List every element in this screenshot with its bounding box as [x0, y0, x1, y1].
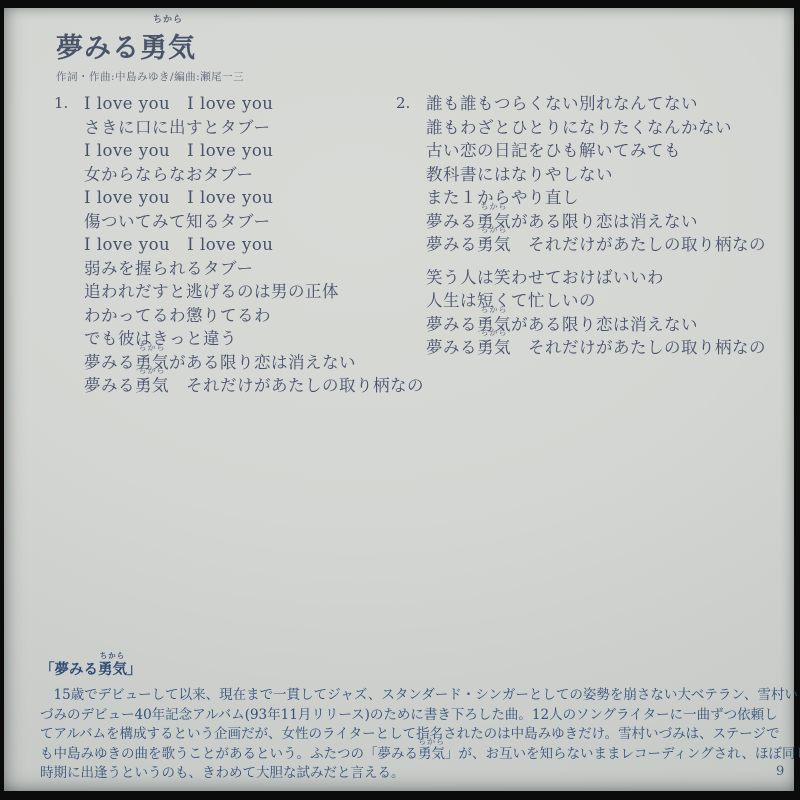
text-line: 弱みを握られるタブー	[84, 257, 424, 281]
furigana-text: ちから	[418, 738, 445, 746]
verse-2-number: 2.	[396, 92, 426, 360]
text-line: 夢みる勇気ちから それだけがあたしの取り柄なの	[84, 374, 424, 398]
song-title: 夢みる勇気ちから	[56, 26, 244, 65]
liner-notes-heading: 「夢みる勇気ちから」	[40, 658, 766, 682]
text-line: 誰もわざとひとりになりたくなんかない	[426, 116, 766, 140]
credits-line: 作詞・作曲:中島みゆき/編曲:瀬尾一三	[56, 69, 244, 84]
text-line: I love you I love you	[84, 186, 424, 210]
verse-1: 1. I love you I love youさきに口に出すとタブーI lov…	[54, 92, 424, 398]
scanned-booklet-page: 夢みる勇気ちから 作詞・作曲:中島みゆき/編曲:瀬尾一三 1. I love y…	[4, 8, 794, 791]
furigana-text: ちから	[477, 203, 511, 211]
text-line: 時期に出逢うというのも、きわめて大胆な試みだと言える。	[40, 764, 766, 784]
text-line: I love you I love you	[84, 139, 424, 163]
ruby-base: 勇気ちから	[135, 374, 169, 398]
furigana-text: ちから	[477, 226, 511, 234]
furigana-text: ちから	[140, 16, 196, 24]
verse-1-lines: I love you I love youさきに口に出すとタブーI love y…	[84, 92, 424, 398]
furigana-text: ちから	[135, 367, 169, 375]
text-line: 追われだすと逃げるのは男の正体	[84, 280, 424, 304]
text-line: I love you I love you	[84, 233, 424, 257]
ruby-base: 勇気ちから	[477, 233, 511, 257]
text-line: 夢みる勇気ちから それだけがあたしの取り柄なの	[426, 336, 766, 360]
text-line: 誰も誰もつらくない別れなんてない	[426, 92, 766, 116]
text-line: 夢みる勇気ちから それだけがあたしの取り柄なの	[426, 233, 766, 257]
text-line: わかってるわ懲りてるわ	[84, 304, 424, 328]
text-line: づみのデビュー40年記念アルバム(93年11月リリース)のために書き下ろした曲。…	[40, 706, 766, 726]
furigana-text: ちから	[98, 652, 127, 660]
text-line: も中島みゆきの曲を歌うことがあるという。ふたつの「夢みる勇気ちから」が、お互いを…	[40, 745, 766, 765]
furigana-text: ちから	[477, 306, 511, 314]
text-line: 教科書にはなりやしない	[426, 163, 766, 187]
verse-2: 2. 誰も誰もつらくない別れなんてない誰もわざとひとりになりたくなんかない古い恋…	[396, 92, 766, 360]
ruby-base: 勇気ちから	[140, 26, 196, 65]
text-line: 女からならなおタブー	[84, 163, 424, 187]
text-line: 傷ついてみて知るタブー	[84, 210, 424, 234]
verse-1-number: 1.	[54, 92, 84, 398]
text-line: てアルバムを構成するという企画だが、女性のライターとして指名されたのは中島みゆき…	[40, 725, 766, 745]
liner-notes-section: 「夢みる勇気ちから」 15歳でデビューして以来、現在まで一貫してジャズ、スタンダ…	[40, 658, 766, 784]
text-line: 古い恋の日記をひも解いてみても	[426, 139, 766, 163]
furigana-text: ちから	[477, 329, 511, 337]
verse-2-lines: 誰も誰もつらくない別れなんてない誰もわざとひとりになりたくなんかない古い恋の日記…	[426, 92, 766, 360]
furigana-text: ちから	[135, 344, 169, 352]
ruby-base: 勇気ちから	[418, 745, 445, 765]
ruby-base: 勇気ちから	[98, 658, 127, 682]
text-line: 15歳でデビューして以来、現在まで一貫してジャズ、スタンダード・シンガーとしての…	[40, 686, 766, 706]
text-line: 笑う人は笑わせておけばいいわ	[426, 266, 766, 290]
page-number: 9	[776, 764, 784, 779]
title-block: 夢みる勇気ちから 作詞・作曲:中島みゆき/編曲:瀬尾一三	[56, 26, 244, 84]
text-line: さきに口に出すとタブー	[84, 116, 424, 140]
ruby-base: 勇気ちから	[477, 336, 511, 360]
liner-notes-body: 15歳でデビューして以来、現在まで一貫してジャズ、スタンダード・シンガーとしての…	[40, 686, 766, 784]
text-line: I love you I love you	[84, 92, 424, 116]
text-line	[426, 257, 766, 266]
